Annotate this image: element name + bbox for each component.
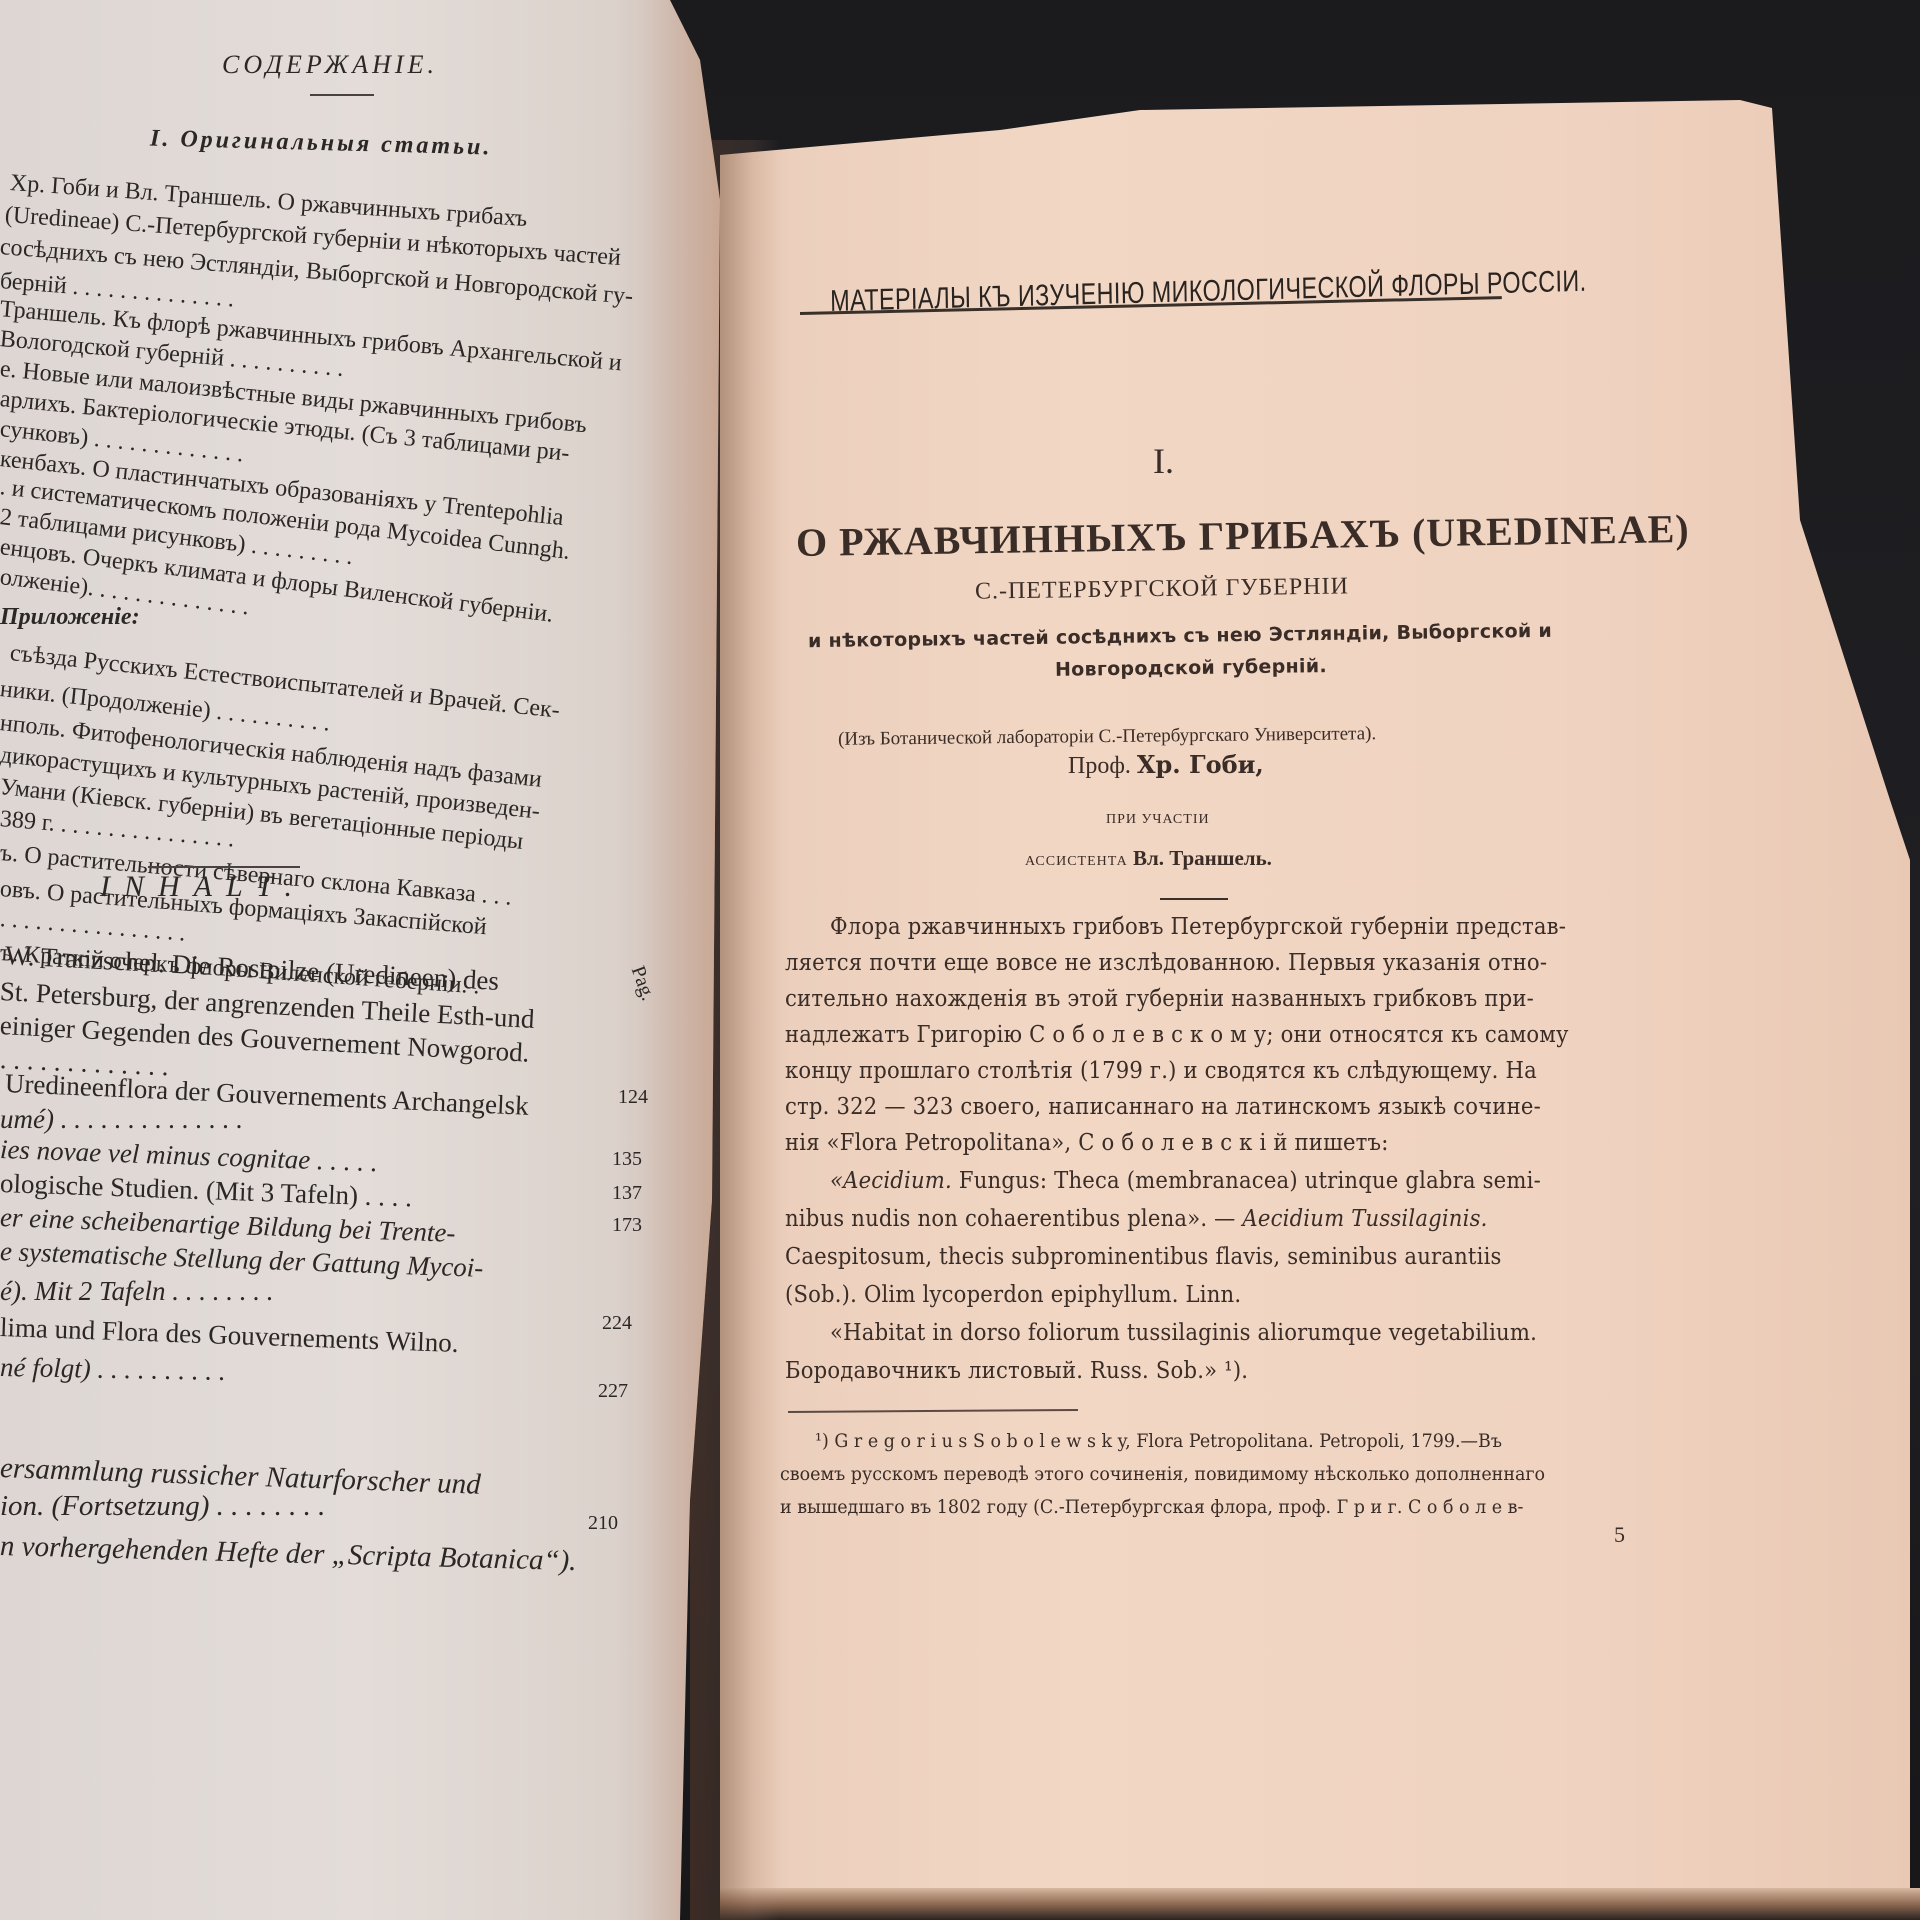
quote-line: nibus nudis non cohaerentibus plena». — … [785,1206,1488,1232]
footnote-line: своемъ русскомъ переводѣ этого сочиненiя… [780,1463,1545,1485]
body-line: стр. 322 — 323 своего, написаннаго на ла… [785,1094,1541,1120]
quote-text: Fungus: Theca (membranacea) utrinque gla… [952,1168,1541,1194]
toc-page-number: 135 [612,1148,642,1171]
footnote-line: и вышедшаго въ 1802 году (С.-Петербургск… [780,1496,1523,1518]
quote-line: «Aecidium. Fungus: Theca (membranacea) u… [830,1168,1541,1194]
quote-line: Caespitosum, thecis subprominentibus fla… [785,1244,1502,1270]
toc-page-number: 224 [602,1312,632,1335]
quote-text: nibus nudis non cohaerentibus plena». — [785,1206,1242,1232]
body-line: Флора ржавчинныхъ грибовъ Петербургской … [830,914,1566,940]
article-subtitle: С.-ПЕТЕРБУРГСКОЙ ГУБЕРНIИ [975,573,1349,605]
appendix-label: Приложенiе: [0,604,140,631]
toc-page-number: 124 [618,1086,648,1109]
body-line: концу прошлаго столѣтiя (1799 г.) и свод… [785,1058,1537,1084]
with-participation: ПРИ УЧАСТIИ [1106,812,1210,828]
contents-heading: СОДЕРЖАНIЕ. [222,50,438,80]
section-divider [1160,898,1228,900]
quote-line: Бородавочникъ листовый. Russ. Sob.» ¹). [785,1358,1248,1384]
author-name: Хр. Гоби, [1137,750,1264,779]
heading-rule [310,94,374,96]
footnote-line: ¹) G r e g o r i u s S o b o l e w s k y… [815,1430,1502,1452]
toc-page-number: 227 [598,1380,628,1403]
toc-page-number: 210 [588,1512,618,1535]
body-line: сительно нахожденiя въ этой губернiи наз… [785,986,1534,1012]
toc-entry: umé) . . . . . . . . . . . . . . [0,1104,243,1135]
article-subtitle-line3: Новгородской губернiй. [1055,655,1327,681]
assistant-prefix: АССИСТЕНТА [1025,854,1128,869]
toc-entry: é). Mit 2 Tafeln . . . . . . . . [0,1276,274,1307]
body-line: надлежатъ Григорiю С о б о л е в с к о м… [785,1022,1569,1048]
part-number: I. [1153,440,1174,482]
toc-page-number: 137 [612,1182,642,1205]
toc-page-number: 173 [612,1214,642,1237]
body-line: нiя «Flora Petropolitana», С о б о л е в… [785,1130,1389,1156]
quote-italic: «Aecidium. [830,1168,952,1194]
author-prefix: Проф. [1068,753,1131,779]
toc-entry: né folgt) . . . . . . . . . . [0,1352,226,1387]
quote-line: «Habitat in dorso foliorum tussilaginis … [830,1320,1537,1346]
quote-italic: Aecidium Tussilaginis. [1242,1206,1487,1232]
toc-entry: ion. (Fortsetzung) . . . . . . . . [0,1490,325,1523]
assistant-line: АССИСТЕНТА Вл. Траншель. [1025,846,1272,871]
body-line: ляется почти еще вовсе не изслѣдованною.… [785,950,1547,976]
inhalt-heading: INHALT. [100,870,306,904]
quote-line: (Sob.). Olim lycoperdon epiphyllum. Linn… [785,1282,1241,1308]
inhalt-rule [148,866,300,868]
page-stack-edge [720,1888,1920,1920]
author-line: Проф. Хр. Гоби, [1068,750,1264,780]
assistant-name: Вл. Траншель. [1133,846,1272,870]
page-number: 5 [1614,1522,1625,1548]
